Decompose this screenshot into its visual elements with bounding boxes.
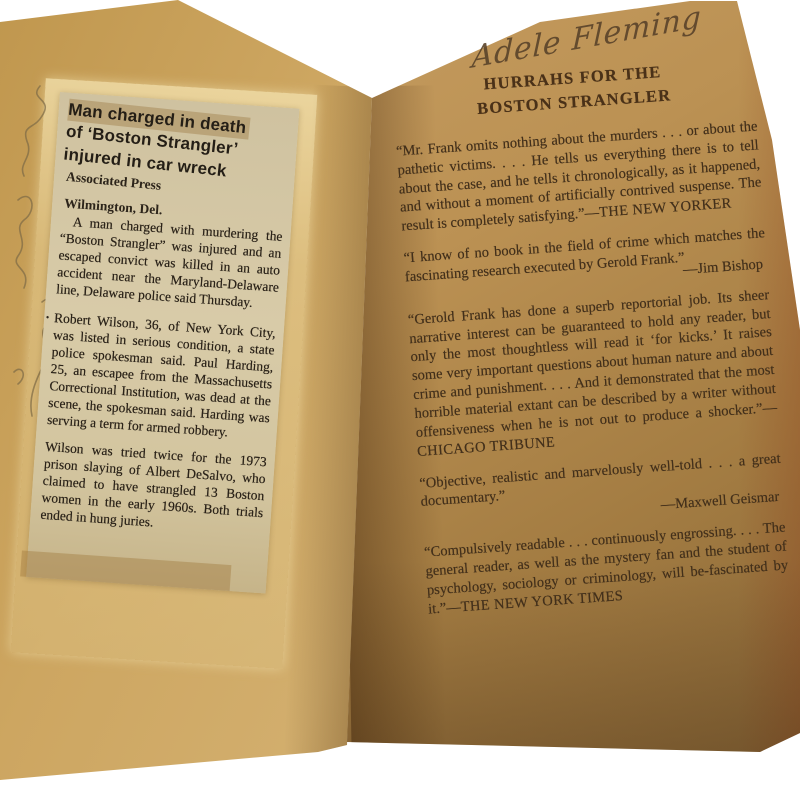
right-page-content: Adele Fleming HURRAHS FOR THE BOSTON STR…	[388, 9, 791, 632]
review-quote-chicago-tribune: “Gerold Frank has done a superb reportor…	[407, 286, 779, 462]
clipping-paragraph: Robert Wilson, 36, of New York City, was…	[47, 309, 277, 443]
review-text: “Gerold Frank has done a superb reportor…	[407, 287, 777, 441]
clipping-paragraph: Wilson was tried twice for the 1973 pris…	[40, 438, 267, 538]
open-book-photo: Man charged in death of ‘Boston Strangle…	[0, 0, 800, 800]
clipping-paragraph: A man charged with murdering the “Boston…	[56, 213, 283, 313]
review-quote-new-yorker: “Mr. Frank omits nothing about the murde…	[396, 117, 764, 236]
review-text: “Mr. Frank omits nothing about the murde…	[396, 118, 762, 234]
review-quote-new-york-times: “Compulsively readable . . . continuousl…	[424, 519, 790, 619]
newspaper-clipping: Man charged in death of ‘Boston Strangle…	[26, 92, 299, 594]
